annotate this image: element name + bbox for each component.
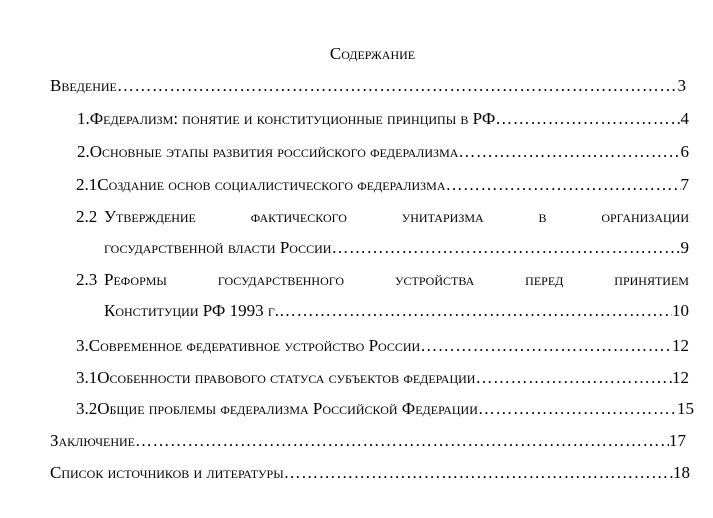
toc-entry-label: Список источников и литературы xyxy=(50,463,284,483)
toc-entry-line-2: государственной власти России 9 xyxy=(104,238,689,258)
toc-entry-label: Введение xyxy=(50,76,117,96)
toc-entry-number: 3.1 xyxy=(76,368,97,388)
toc-entry-line-1: 2.3Реформы государственного устройства п… xyxy=(76,270,689,290)
toc-leader-dots xyxy=(475,368,672,388)
toc-leader-dots xyxy=(446,175,681,195)
toc-entry-number: 3. xyxy=(76,336,89,356)
toc-entry-label: Общие проблемы федерализма Российской Фе… xyxy=(97,399,478,419)
toc-leader-dots xyxy=(135,431,669,451)
toc-word: перед xyxy=(525,270,563,290)
toc-leader-dots xyxy=(478,399,677,419)
toc-leader-dots xyxy=(117,76,678,96)
toc-entry-label: Основные этапы развития российского феде… xyxy=(90,142,459,162)
toc-entry-label: Конституции РФ 1993 г. xyxy=(104,301,279,321)
toc-entry-number-and-word: 2.2Утверждение xyxy=(76,207,196,227)
toc-page-number: 6 xyxy=(681,142,690,162)
toc-page-number: 15 xyxy=(677,399,694,419)
toc-entry-2[interactable]: 2. Основные этапы развития российского ф… xyxy=(77,142,689,162)
toc-entry-line-1: 2.2Утверждение фактического унитаризма в… xyxy=(76,207,689,227)
toc-leader-dots xyxy=(420,336,672,356)
toc-word: в xyxy=(539,207,547,227)
toc-word: фактического xyxy=(251,207,347,227)
toc-entry-number: 3.2 xyxy=(76,399,97,419)
toc-entry-number: 2.2 xyxy=(76,207,104,227)
toc-page-number: 12 xyxy=(672,368,689,388)
toc-word: унитаризма xyxy=(402,207,484,227)
toc-word: Утверждение xyxy=(104,207,196,226)
toc-entry-label: Федерализм: понятие и конституционные пр… xyxy=(90,109,496,129)
toc-leader-dots xyxy=(495,109,680,129)
toc-word: Реформы xyxy=(104,270,167,289)
toc-page-number: 18 xyxy=(673,463,690,483)
toc-page-number: 4 xyxy=(681,109,690,129)
toc-entry-label: Заключение xyxy=(50,431,135,451)
toc-leader-dots xyxy=(284,463,673,483)
toc-entry-number: 1. xyxy=(77,109,90,129)
toc-entry-3[interactable]: 3. Современное федеративное устройство Р… xyxy=(76,336,689,356)
toc-entry-label: Современное федеративное устройство Росс… xyxy=(89,336,420,356)
toc-word: устройства xyxy=(395,270,474,290)
toc-page-number: 9 xyxy=(681,238,690,258)
toc-leader-dots xyxy=(458,142,680,162)
toc-entry-3-2[interactable]: 3.2 Общие проблемы федерализма Российско… xyxy=(76,399,694,419)
toc-entry-number: 2.1 xyxy=(76,175,97,195)
toc-entry-label: Особенности правового статуса субъектов … xyxy=(97,368,475,388)
toc-title: Содержание xyxy=(0,42,713,66)
toc-word: государственного xyxy=(218,270,344,290)
toc-leader-dots xyxy=(331,238,680,258)
toc-entry-3-1[interactable]: 3.1 Особенности правового статуса субъек… xyxy=(76,368,689,388)
toc-entry-line-2: Конституции РФ 1993 г. 10 xyxy=(104,301,689,321)
toc-page-number: 10 xyxy=(672,301,689,321)
toc-entry-references[interactable]: Список источников и литературы 18 xyxy=(50,463,690,483)
toc-entry-number: 2.3 xyxy=(76,270,104,290)
toc-entry-1[interactable]: 1. Федерализм: понятие и конституционные… xyxy=(77,109,689,129)
toc-entry-label: государственной власти России xyxy=(104,238,331,258)
toc-page-number: 7 xyxy=(681,175,690,195)
toc-page-number: 3 xyxy=(678,76,687,96)
toc-entry-conclusion[interactable]: Заключение 17 xyxy=(50,431,686,451)
toc-entry-number-and-word: 2.3Реформы xyxy=(76,270,167,290)
toc-entry-introduction[interactable]: Введение 3 xyxy=(50,76,686,96)
toc-leader-dots xyxy=(279,301,672,321)
toc-entry-number: 2. xyxy=(77,142,90,162)
toc-entry-label: Создание основ социалистического федерал… xyxy=(97,175,445,195)
toc-word: принятием xyxy=(614,270,689,290)
toc-entry-2-1[interactable]: 2.1 Создание основ социалистического фед… xyxy=(76,175,689,195)
toc-word: организации xyxy=(601,207,689,227)
toc-page-number: 17 xyxy=(669,431,686,451)
toc-page-number: 12 xyxy=(672,336,689,356)
